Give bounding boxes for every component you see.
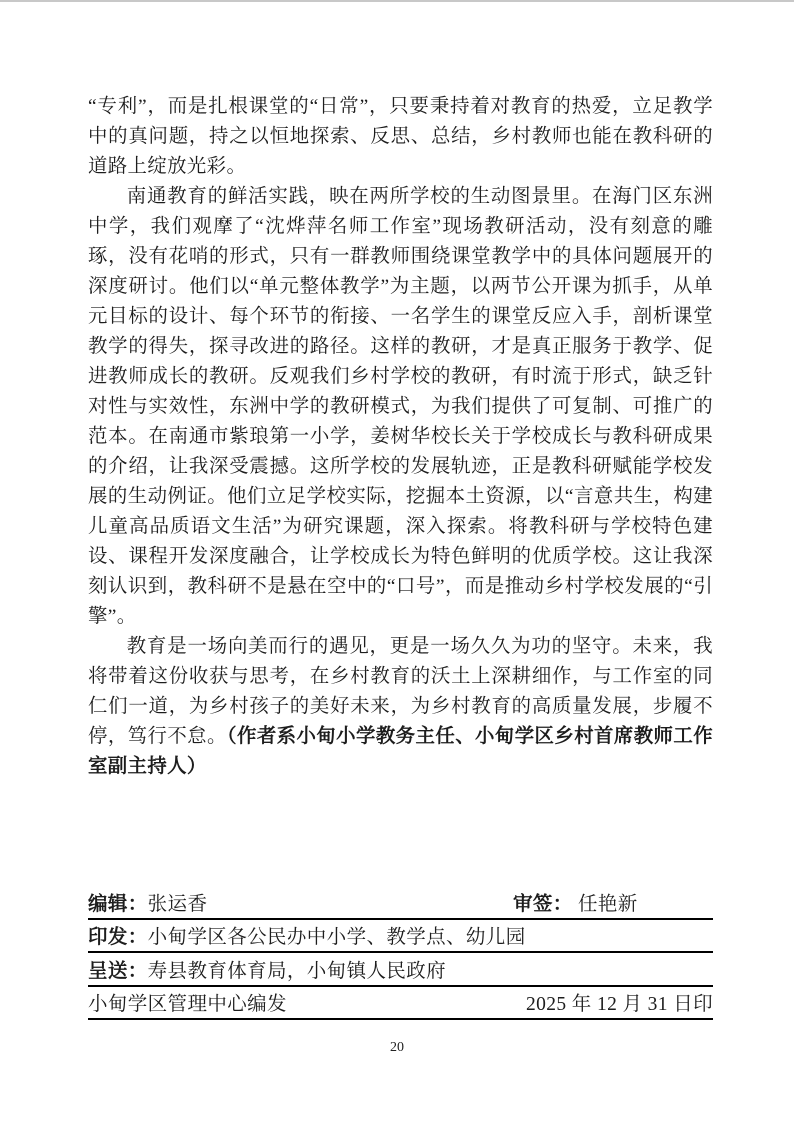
page-top-edge xyxy=(0,0,794,2)
editor-value: 张运香 xyxy=(148,888,208,916)
editor-label: 编辑： xyxy=(88,888,148,916)
paragraph-continuation: “专利”，而是扎根课堂的“日常”，只要秉持着对教育的热爱，立足教学中的真问题，持… xyxy=(88,92,713,182)
reviewer-value: 任艳新 xyxy=(578,894,638,915)
issuer-text: 小甸学区管理中心编发 xyxy=(88,988,287,1016)
submission-value: 寿县教育体育局，小甸镇人民政府 xyxy=(148,955,446,983)
paragraph-nantong-practice: 南通教育的鲜活实践，映在两所学校的生动图景里。在海门区东洲中学，我们观摩了“沈烨… xyxy=(88,182,713,632)
paragraph-text: “专利”，而是扎根课堂的“日常”，只要秉持着对教育的热爱，立足教学中的真问题，持… xyxy=(88,96,713,177)
footer-row-issuer: 小甸学区管理中心编发 2025 年 12 月 31 日印 xyxy=(88,987,713,1021)
distribution-label: 印发： xyxy=(88,921,148,949)
reviewer-label: 审签： xyxy=(513,894,573,915)
article-body: “专利”，而是扎根课堂的“日常”，只要秉持着对教育的热爱，立足教学中的真问题，持… xyxy=(88,92,713,782)
document-page: { "page": { "number": "20" }, "article":… xyxy=(0,0,794,1122)
paragraph-conclusion: 教育是一场向美而行的遇见，更是一场久久为功的坚守。未来，我将带着这份收获与思考，… xyxy=(88,632,713,782)
reviewer-cell: 审签： 任艳新 xyxy=(513,888,638,916)
print-date: 2025 年 12 月 31 日印 xyxy=(526,988,713,1016)
document-footer-table: 编辑： 张运香 审签： 任艳新 印发： 小甸学区各公民办中小学、教学点、幼儿园 … xyxy=(88,886,713,1020)
footer-row-distribution: 印发： 小甸学区各公民办中小学、教学点、幼儿园 xyxy=(88,920,713,954)
footer-row-editor: 编辑： 张运香 审签： 任艳新 xyxy=(88,886,713,920)
page-number: 20 xyxy=(0,1040,794,1056)
submission-label: 呈送： xyxy=(88,955,148,983)
distribution-value: 小甸学区各公民办中小学、教学点、幼儿园 xyxy=(148,921,526,949)
footer-row-submission: 呈送： 寿县教育体育局，小甸镇人民政府 xyxy=(88,953,713,987)
paragraph-text: 南通教育的鲜活实践，映在两所学校的生动图景里。在海门区东洲中学，我们观摩了“沈烨… xyxy=(88,186,713,627)
